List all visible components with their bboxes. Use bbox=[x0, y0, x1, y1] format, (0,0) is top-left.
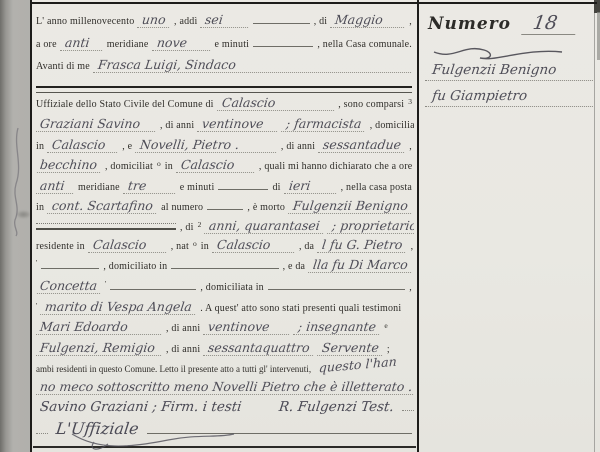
printed-text: L' anno millenovecento bbox=[36, 16, 134, 27]
printed-text: , di bbox=[314, 16, 328, 27]
blank-line bbox=[36, 223, 176, 230]
handwritten-text: Graziani Savino bbox=[36, 116, 157, 132]
handwritten-text: no meco sottoscritto meno Novelli Pietro… bbox=[36, 379, 414, 395]
form-line: 'marito di Vespa Angela. A quest' atto s… bbox=[36, 299, 412, 315]
numero-value: 18 bbox=[521, 12, 579, 35]
reference-mark: ' bbox=[36, 258, 37, 267]
printed-text: , domiciliat bbox=[105, 161, 153, 172]
printed-text: , domiciliata in bbox=[200, 282, 263, 293]
blank-line bbox=[110, 277, 196, 290]
printed-text: , è morto bbox=[247, 202, 285, 213]
page-border-left bbox=[30, 0, 32, 452]
reference-mark: 2 bbox=[198, 220, 202, 229]
blank-line bbox=[253, 34, 313, 47]
handwritten-text: ; farmacista bbox=[281, 116, 366, 132]
handwritten-text: Calascio bbox=[47, 137, 119, 153]
handwritten-text: ventinove bbox=[197, 116, 279, 132]
signature-flourish bbox=[68, 430, 238, 450]
printed-text: , quali mi hanno dichiarato che a ore bbox=[259, 161, 412, 172]
printed-text: a ore bbox=[36, 39, 57, 50]
handwritten-text: ; proprietario bbox=[327, 218, 414, 234]
form-line: Avanti di meFrasca Luigi, Sindaco bbox=[36, 57, 412, 73]
handwritten-text: lla fu Di Marco bbox=[308, 257, 413, 273]
handwritten-text: Frasca Luigi, Sindaco bbox=[93, 57, 413, 73]
reference-mark: ' bbox=[36, 301, 37, 310]
form-line: a oreantimeridianenovee minuti, nella Ca… bbox=[36, 34, 412, 50]
handwritten-text: ieri bbox=[284, 178, 338, 194]
margin-column: Numero 18 Fulgenzii Benigno fu Giampietr… bbox=[424, 0, 592, 452]
handwritten-text: Concetta bbox=[36, 278, 102, 294]
printed-text: , domiciliat bbox=[370, 120, 414, 131]
form-line: antimeridianetree minutidiieri, nella ca… bbox=[36, 177, 412, 193]
handwritten-text: tre bbox=[123, 178, 177, 194]
form-line: becchino, domiciliatoinCalascio, quali m… bbox=[36, 157, 412, 173]
printed-text: , di bbox=[180, 222, 194, 233]
printed-text: Avanti di me bbox=[36, 61, 90, 72]
numero-label: Numero bbox=[428, 14, 511, 34]
printed-text: , di anni bbox=[166, 344, 200, 355]
column-divider bbox=[417, 0, 419, 452]
printed-text: , bbox=[409, 282, 412, 293]
printed-text: . A quest' atto sono stati presenti qual… bbox=[200, 303, 401, 314]
handwritten-text: R. Fulgenzi Test. bbox=[275, 399, 400, 415]
section-rule bbox=[36, 86, 412, 93]
handwritten-text: ventinove bbox=[203, 319, 291, 335]
handwritten-text: becchino bbox=[36, 157, 102, 173]
reference-mark: 3 bbox=[408, 97, 412, 106]
handwritten-text: Mari Edoardo bbox=[36, 319, 163, 335]
reference-mark: o bbox=[193, 239, 197, 248]
printed-text: , addì bbox=[174, 16, 197, 27]
form-line: inCalascio, eNovelli, Pietro ., di annis… bbox=[36, 137, 412, 153]
margin-scribble bbox=[9, 126, 29, 238]
printed-text: in bbox=[201, 241, 209, 252]
handwritten-text: sei bbox=[200, 12, 250, 28]
printed-text: in bbox=[36, 141, 44, 152]
printed-text: e minuti bbox=[180, 182, 215, 193]
form-line: Concetta', domiciliata in, bbox=[36, 277, 412, 293]
handwritten-text: Calascio bbox=[88, 237, 168, 253]
handwritten-text: Fulgenzii Benigno bbox=[288, 198, 413, 214]
form-line: L' anno millenovecentouno, addìsei, diMa… bbox=[36, 11, 412, 27]
handwritten-text: Calascio bbox=[212, 237, 296, 253]
blank-line bbox=[41, 256, 99, 269]
handwritten-text: sessantaquattro bbox=[203, 340, 315, 356]
printed-text: Uffiziale dello Stato Civile del Comune … bbox=[36, 99, 214, 110]
printed-text: , e da bbox=[283, 261, 306, 272]
printed-text: , e bbox=[122, 141, 132, 152]
printed-text: di bbox=[272, 182, 280, 193]
form-line: ', domiciliato in, e dalla fu Di Marco bbox=[36, 256, 412, 272]
form-line: incont. Scartafinoal numero, è mortoFulg… bbox=[36, 197, 412, 213]
printed-text: residente in bbox=[36, 241, 85, 252]
printed-text: , nat bbox=[171, 241, 189, 252]
printed-text: , di anni bbox=[160, 120, 194, 131]
handwritten-text: uno bbox=[137, 12, 171, 28]
printed-text: , bbox=[411, 241, 414, 252]
blank-line bbox=[171, 256, 278, 269]
handwritten-text: Calascio bbox=[176, 157, 256, 173]
reference-mark: ' bbox=[105, 279, 106, 288]
form-line: Savino Graziani ; Firm. i testiR. Fulgen… bbox=[36, 398, 412, 414]
printed-text: , nella Casa comunale. bbox=[317, 39, 412, 50]
blank-line bbox=[218, 177, 268, 190]
handwritten-text: anti bbox=[36, 178, 75, 194]
printed-text: , di anni bbox=[166, 323, 200, 334]
printed-text: , nella casa posta bbox=[341, 182, 412, 193]
printed-text: ambi residenti in questo Comune. Letto i… bbox=[36, 364, 311, 374]
blank-line bbox=[253, 11, 309, 24]
handwritten-text: sessantadue bbox=[318, 137, 406, 153]
printed-text: in bbox=[36, 202, 44, 213]
margin-deceased-name: Fulgenzii Benigno bbox=[425, 62, 595, 81]
handwritten-text: cont. Scartafino bbox=[47, 198, 158, 214]
form-line: no meco sottoscritto meno Novelli Pietro… bbox=[36, 379, 412, 395]
printed-text: , sono comparsi bbox=[338, 99, 404, 110]
form-line: ambi residenti in questo Comune. Letto i… bbox=[36, 360, 412, 376]
numero-row: Numero 18 bbox=[428, 12, 592, 35]
printed-text: , bbox=[409, 141, 412, 152]
handwritten-text: questo l'han bbox=[315, 353, 401, 375]
handwritten-text: l fu G. Pietro bbox=[317, 237, 407, 253]
form-line: Fulgenzi, Remigio, di annisessantaquattr… bbox=[36, 340, 412, 356]
printed-text: , bbox=[409, 16, 412, 27]
handwritten-text: Calascio bbox=[217, 95, 336, 111]
printed-text: al numero bbox=[161, 202, 203, 213]
handwritten-text: nove bbox=[152, 35, 212, 51]
handwritten-text: Novelli, Pietro . bbox=[135, 137, 278, 153]
handwritten-text: marito di Vespa Angela bbox=[40, 299, 197, 315]
reference-mark: o bbox=[157, 159, 161, 168]
form-line: residente inCalascio, natoinCalascio, da… bbox=[36, 237, 412, 253]
handwritten-text: Savino Graziani ; Firm. i testi bbox=[36, 399, 246, 415]
printed-text: meridiane bbox=[107, 39, 149, 50]
printed-text: , da bbox=[299, 241, 314, 252]
handwritten-text: ; insegnante bbox=[293, 319, 381, 335]
blank-line bbox=[207, 197, 243, 210]
printed-text: , domiciliato in bbox=[103, 261, 167, 272]
numero-flourish bbox=[430, 40, 570, 62]
printed-text: meridiane bbox=[78, 182, 120, 193]
handwritten-text: Fulgenzi, Remigio bbox=[36, 340, 163, 356]
handwritten-text: Servente bbox=[317, 340, 384, 356]
handwritten-text: anti bbox=[60, 35, 104, 51]
handwritten-text: anni, quarantasei bbox=[204, 218, 325, 234]
blank-line bbox=[36, 421, 48, 434]
form-line: Uffiziale dello Stato Civile del Comune … bbox=[36, 95, 412, 111]
printed-text: , di anni bbox=[281, 141, 315, 152]
margin-deceased-patronymic: fu Giampietro bbox=[425, 88, 595, 107]
main-column: L' anno millenovecentouno, addìsei, diMa… bbox=[36, 0, 414, 452]
printed-text: in bbox=[165, 161, 173, 172]
blank-line bbox=[268, 277, 405, 290]
blank-line bbox=[402, 398, 414, 411]
form-line: Mari Edoardo, di anniventinove; insegnan… bbox=[36, 319, 412, 335]
reference-mark: e bbox=[384, 321, 387, 330]
printed-text: e minuti bbox=[215, 39, 250, 50]
handwritten-text: Maggio bbox=[330, 12, 406, 28]
form-line: Graziani Savino, di anniventinove; farma… bbox=[36, 116, 412, 132]
form-line: , di2anni, quarantasei; proprietario, bbox=[36, 218, 412, 234]
